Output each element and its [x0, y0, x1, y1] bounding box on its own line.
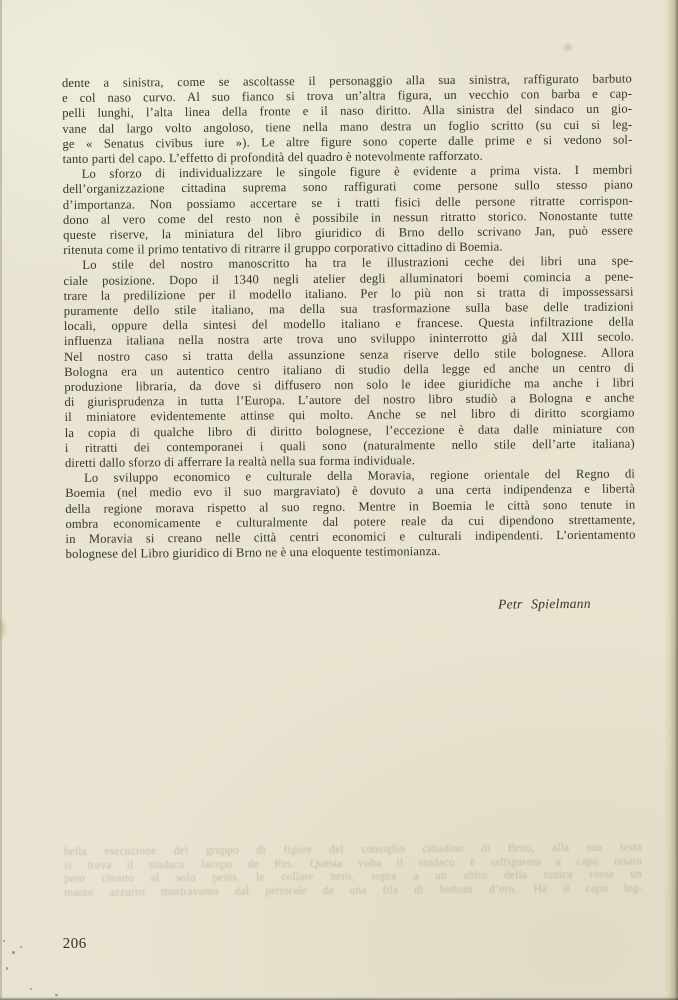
paragraph: Lo stile del nostro manoscritto ha tra l…	[63, 254, 635, 471]
ghost-bleed-through-text: bella esecuzione del gruppo di figure de…	[64, 841, 642, 900]
scanned-book-page: dente a sinistra, come se ascoltasse il …	[0, 0, 678, 1000]
paper-speckle	[3, 940, 5, 942]
scan-left-edge-line	[0, 0, 2, 1000]
paragraph: Lo sviluppo economico e culturale della …	[65, 467, 636, 563]
page-content: dente a sinistra, come se ascoltasse il …	[0, 0, 678, 1000]
paper-speckle	[55, 994, 58, 996]
text-line: bolognese del Libro giuridico di Brno ne…	[66, 543, 636, 563]
author-signature: Petr Spielmann	[498, 596, 591, 613]
scan-right-edge-shadow	[664, 0, 678, 1000]
paper-speckle	[12, 951, 15, 954]
paragraph: Lo sforzo di individualizzare le singole…	[63, 163, 634, 259]
text-block: dente a sinistra, come se ascoltasse il …	[62, 72, 636, 563]
paper-speckle	[6, 967, 8, 970]
paper-speckle	[20, 946, 22, 948]
paper-smudge	[562, 42, 574, 53]
paragraph: dente a sinistra, come se ascoltasse il …	[62, 72, 633, 168]
page-number: 206	[63, 936, 87, 953]
paper-speckle	[30, 988, 32, 990]
